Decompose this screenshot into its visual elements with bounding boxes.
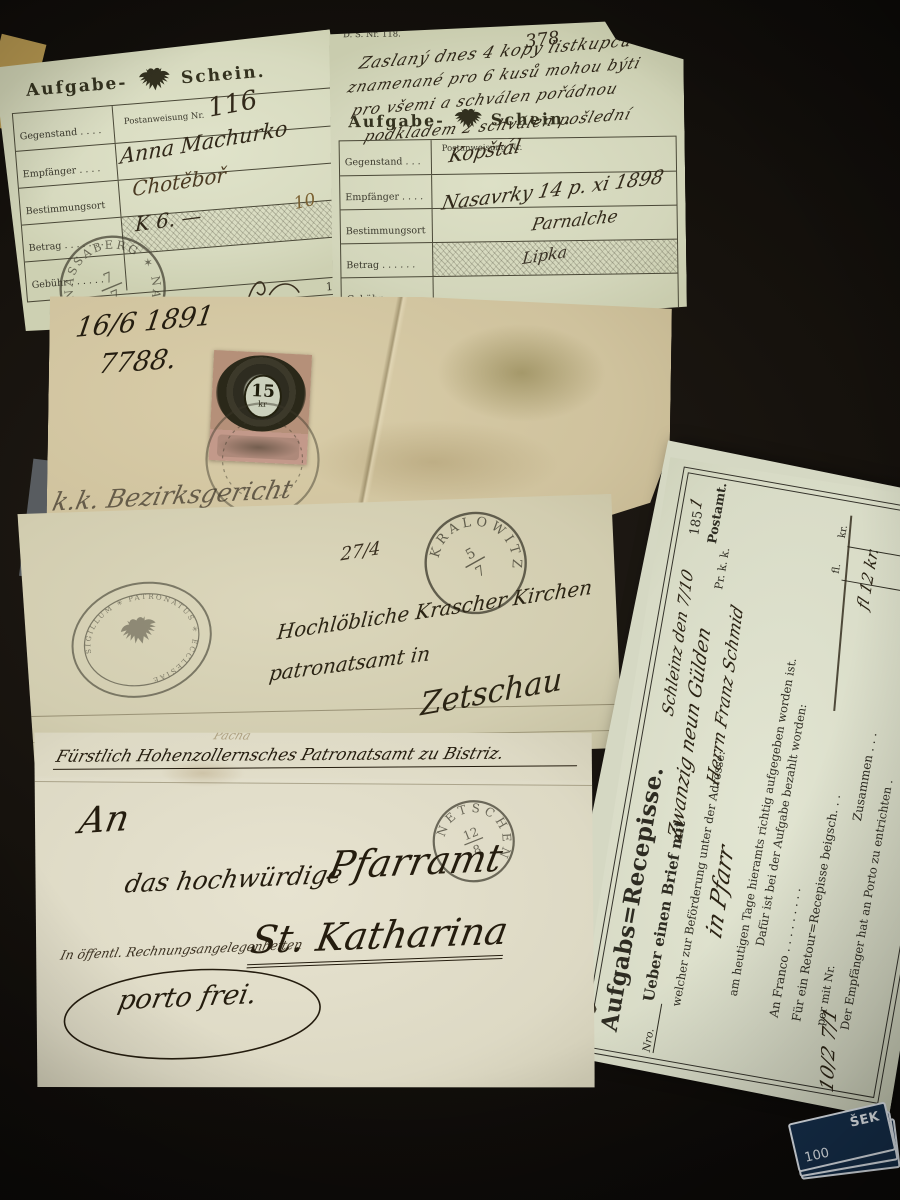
- official-seal: SIGILLUM ✳ PATRONATUS ✳ ECCLESIAE: [50, 558, 235, 726]
- envelope-kralowitz: SIGILLUM ✳ PATRONATUS ✳ ECCLESIAE KRALOW…: [17, 494, 622, 769]
- sek-logo: ŠEK 100: [786, 1098, 900, 1194]
- aufgabe-schein-form-right: D. S. Nr. 118. 378 Zaslaný dnes 4 kopy l…: [329, 18, 687, 321]
- form-b-title-row: Aufgabe- Schein.: [348, 105, 598, 135]
- envelope-address-destination: Zetschau: [420, 661, 563, 723]
- aufgabe-schein-form-left: Aufgabe- Schein. Gegenstand . . . . Post…: [0, 28, 363, 337]
- recepisse-handwritten-fraction: 10/2 7/1: [817, 1005, 841, 1096]
- svg-text:5: 5: [463, 545, 479, 563]
- wrapper-handwritten-date: 16/6 1891: [73, 300, 215, 344]
- form-b-title-right: Schein.: [491, 109, 572, 129]
- letter-header-line: Fürstlich Hohenzollernsches Patronatsamt…: [53, 743, 583, 770]
- form-a-title-left: Aufgabe-: [25, 73, 128, 101]
- form-b-label-betrag: Betrag . . . . . .: [341, 243, 433, 277]
- form-b-row-betrag: Betrag . . . . . .: [341, 239, 677, 278]
- form-b-table: Gegenstand . . . Postanweisung Nr. Empfä…: [339, 136, 679, 315]
- photo-of-postal-documents: Aufgabe- Schein. Gegenstand . . . . Post…: [0, 0, 900, 1200]
- envelope-handwritten-note: 27/4: [340, 538, 381, 566]
- letter-porto-frei: porto frei.: [115, 979, 259, 1017]
- letter-line-hochwuerdige: das hochwürdige: [122, 859, 345, 898]
- form-b-label-bestimmungsort: Bestimmungsort: [341, 209, 433, 243]
- sek-logo-label: ŠEK: [849, 1109, 881, 1130]
- envelope-address-line-2: patronatsamt in: [268, 641, 432, 686]
- wrapper-handwritten-number: 7788.: [96, 344, 179, 381]
- recepisse-column-fl: fl.: [831, 563, 844, 575]
- double-eagle-icon: [136, 64, 172, 97]
- double-eagle-icon: [453, 106, 483, 133]
- letter-an: An: [76, 798, 133, 843]
- form-b-label-empfaenger: Empfänger . . . .: [340, 175, 432, 209]
- svg-text:7: 7: [101, 269, 115, 287]
- letter-fold-crease: [34, 781, 597, 786]
- letter-destination-name: St. Katharina: [246, 909, 511, 969]
- svg-text:7: 7: [473, 563, 489, 581]
- form-a-postanweisung-label: Postanweisung Nr.: [124, 111, 205, 127]
- form-b-corner-number: D. S. Nr. 118.: [343, 29, 401, 40]
- form-b-row-bestimmungsort: Bestimmungsort: [341, 205, 677, 244]
- porto-frei-flourish-ellipse: [58, 961, 327, 1071]
- form-b-title-left: Aufgabe-: [348, 111, 445, 131]
- sek-logo-value: 100: [803, 1146, 831, 1166]
- letter-st-katharina: Pacha Fürstlich Hohenzollernsches Patron…: [32, 729, 597, 1091]
- letter-line-pfarramt: Pfarramt: [325, 836, 506, 888]
- form-b-label-gegenstand: Gegenstand . . .: [340, 140, 432, 175]
